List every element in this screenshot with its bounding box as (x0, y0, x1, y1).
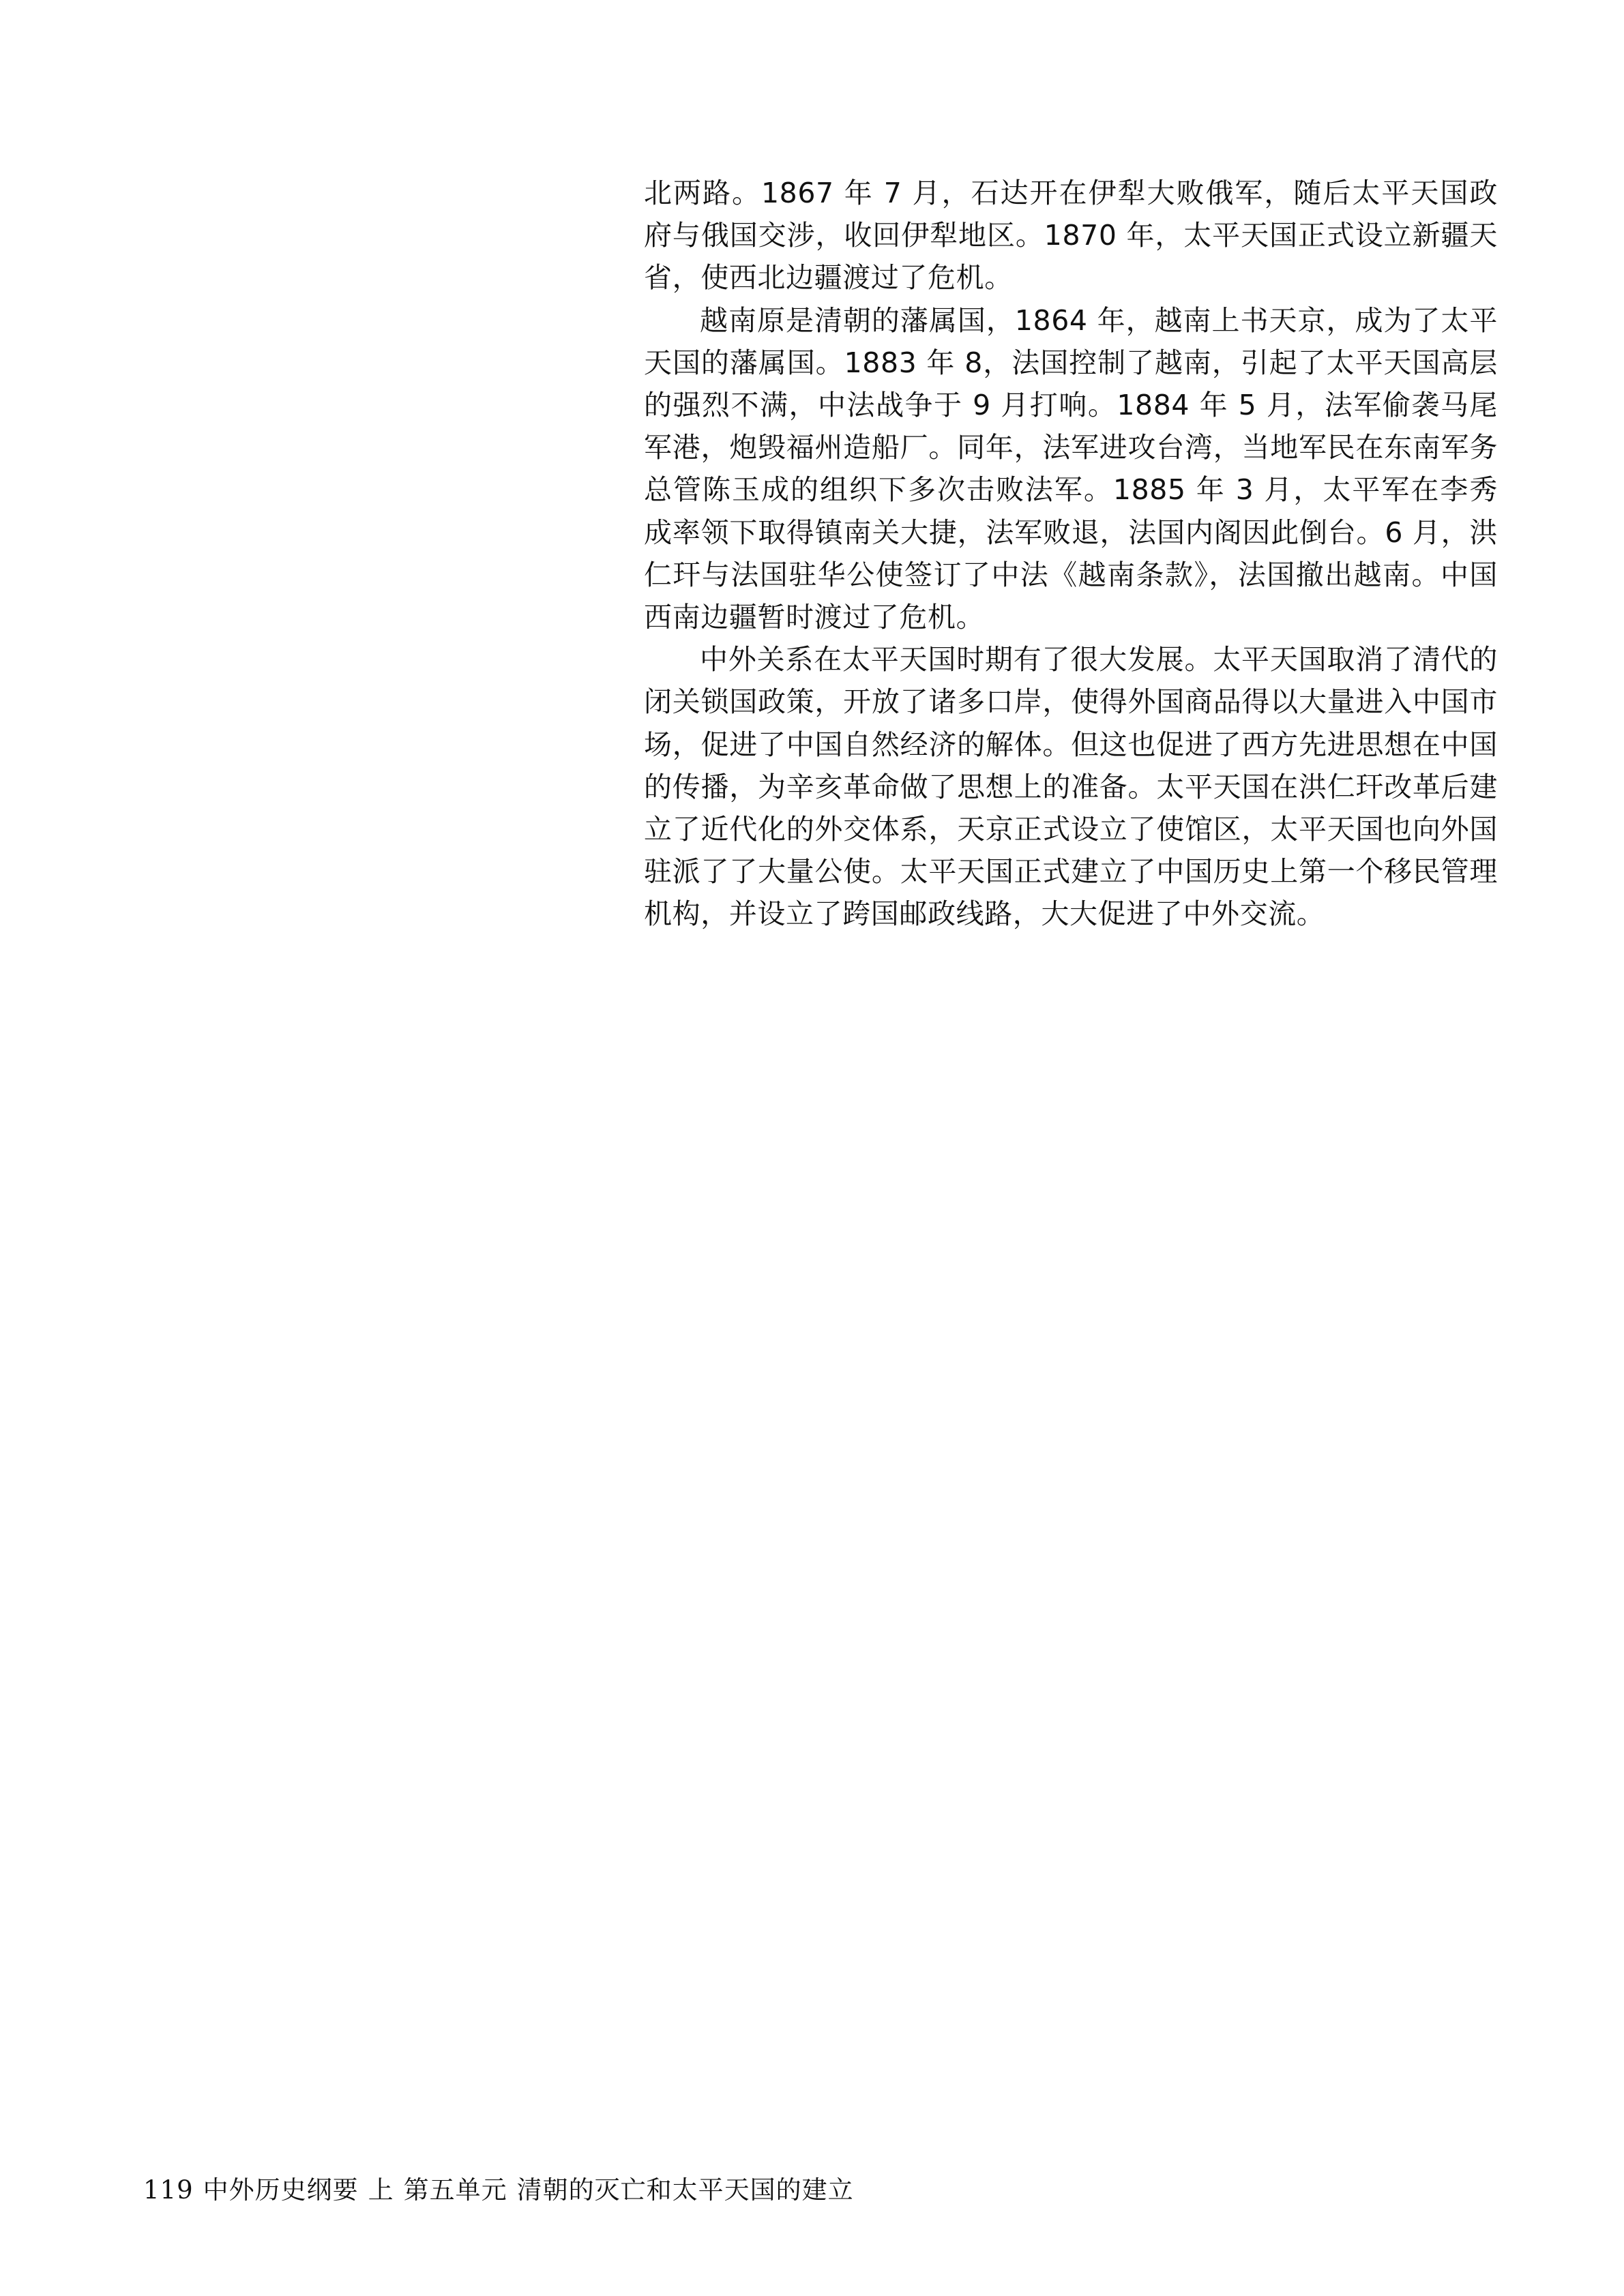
page-number: 119 (143, 2175, 194, 2205)
paragraph-sino-french-war: 越南原是清朝的藩属国，1864 年，越南上书天京，成为了太平天国的藩属国。188… (644, 299, 1498, 639)
body-text: 北两路。1867 年 7 月，石达开在伊犁大败俄军，随后太平天国政府与俄国交涉，… (644, 172, 1498, 936)
book-title: 中外历史纲要 (203, 2175, 359, 2205)
document-page: 北两路。1867 年 7 月，石达开在伊犁大败俄军，随后太平天国政府与俄国交涉，… (0, 0, 1624, 2296)
paragraph-foreign-relations: 中外关系在太平天国时期有了很大发展。太平天国取消了清代的闭关锁国政策，开放了诸多… (644, 638, 1498, 935)
page-footer: 119中外历史纲要上第五单元清朝的灭亡和太平天国的建立 (143, 2173, 863, 2208)
unit-label: 第五单元 (404, 2175, 507, 2205)
paragraph-northwest-frontier: 北两路。1867 年 7 月，石达开在伊犁大败俄军，随后太平天国政府与俄国交涉，… (644, 172, 1498, 299)
unit-title: 清朝的灭亡和太平天国的建立 (517, 2175, 854, 2205)
volume-label: 上 (368, 2175, 394, 2205)
